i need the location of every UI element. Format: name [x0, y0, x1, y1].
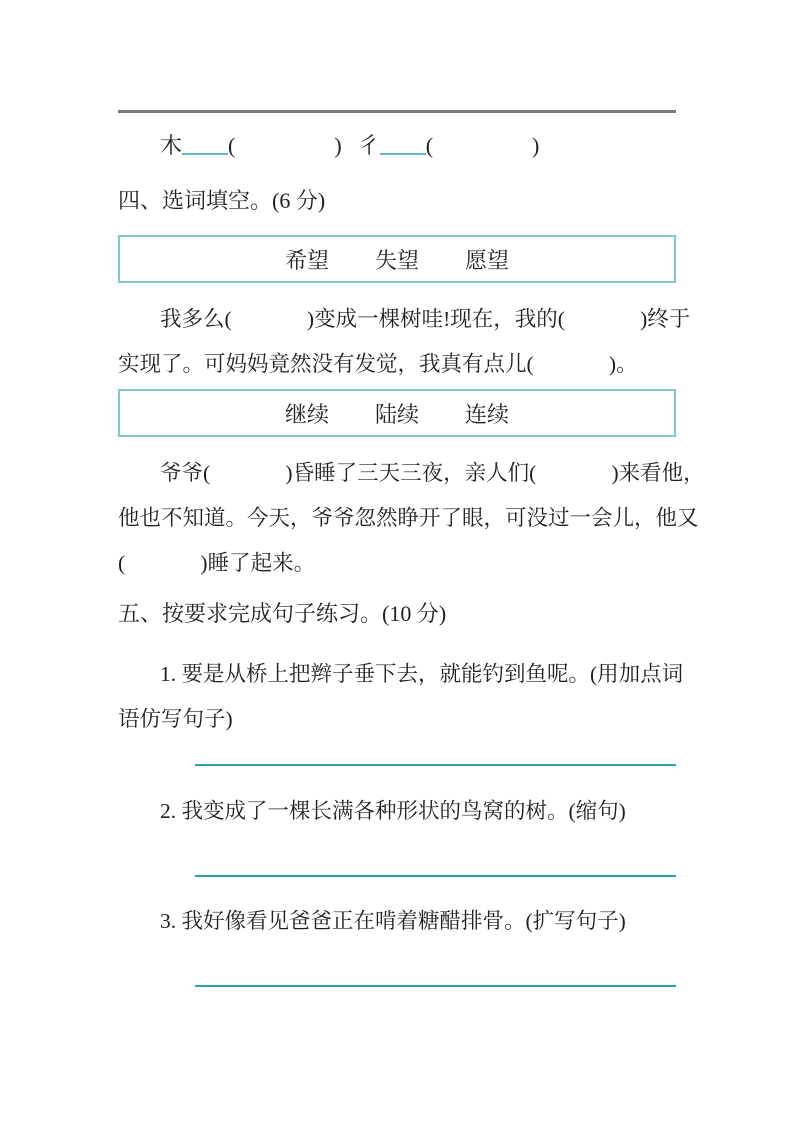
word-bank-box-1: 希望 失望 愿望: [118, 235, 676, 283]
worksheet-page: 木( )彳( ) 四、选词填空。(6 分) 希望 失望 愿望 我多么( )变成一…: [0, 0, 793, 1122]
radical-group-wood: 木( ): [160, 129, 342, 163]
radical-group-step: 彳( ): [358, 129, 540, 163]
radical-answer-blank: [182, 139, 228, 155]
radical-fill-exercise-line: 木( )彳( ): [160, 129, 676, 163]
answer-write-line-3: [195, 985, 676, 987]
word-paren-blank: ( ): [228, 133, 342, 158]
radical-char-wood: 木: [160, 133, 182, 158]
word-bank-box-2: 继续 陆续 连续: [118, 389, 676, 437]
word-bank-word: 连续: [465, 398, 509, 429]
exercise-line: 1. 要是从桥上把辫子垂下去，就能钓到鱼呢。(用加点词: [118, 652, 676, 697]
sentence-exercise-3: 3. 我好像看见爸爸正在啃着糖醋排骨。(扩写句子): [118, 899, 676, 944]
radical-char-step: 彳: [358, 133, 380, 158]
word-bank-word: 继续: [285, 398, 329, 429]
passage-line: 爷爷( )昏睡了三天三夜，亲人们( )来看他，: [118, 451, 676, 496]
fill-in-passage-2: 爷爷( )昏睡了三天三夜，亲人们( )来看他， 他也不知道。今天，爷爷忽然睁开了…: [118, 451, 676, 586]
section-four-heading: 四、选词填空。(6 分): [118, 185, 676, 217]
word-bank-word: 愿望: [465, 244, 509, 275]
exercise-line: 语仿写句子): [118, 697, 676, 742]
passage-line: 我多么( )变成一棵树哇!现在，我的( )终于: [118, 297, 676, 342]
passage-line: ( )睡了起来。: [118, 541, 676, 586]
sentence-exercise-2: 2. 我变成了一棵长满各种形状的鸟窝的树。(缩句): [118, 789, 676, 834]
word-bank-word: 陆续: [375, 398, 419, 429]
answer-write-line-2: [195, 875, 676, 877]
word-bank-word: 失望: [375, 244, 419, 275]
answer-write-line-1: [195, 764, 676, 766]
sentence-exercise-1: 1. 要是从桥上把辫子垂下去，就能钓到鱼呢。(用加点词 语仿写句子): [118, 652, 676, 742]
section-five-heading: 五、按要求完成句子练习。(10 分): [118, 598, 676, 630]
radical-answer-blank: [380, 139, 426, 155]
word-paren-blank: ( ): [426, 133, 540, 158]
exercise-line: 2. 我变成了一棵长满各种形状的鸟窝的树。(缩句): [118, 789, 676, 834]
word-bank-word: 希望: [285, 244, 329, 275]
fill-in-passage-1: 我多么( )变成一棵树哇!现在，我的( )终于 实现了。可妈妈竟然没有发觉，我真…: [118, 297, 676, 387]
passage-line: 他也不知道。今天，爷爷忽然睁开了眼，可没过一会儿，他又: [118, 496, 676, 541]
passage-line: 实现了。可妈妈竟然没有发觉，我真有点儿( )。: [118, 342, 676, 387]
page-top-rule: [118, 110, 676, 113]
exercise-line: 3. 我好像看见爸爸正在啃着糖醋排骨。(扩写句子): [118, 899, 676, 944]
